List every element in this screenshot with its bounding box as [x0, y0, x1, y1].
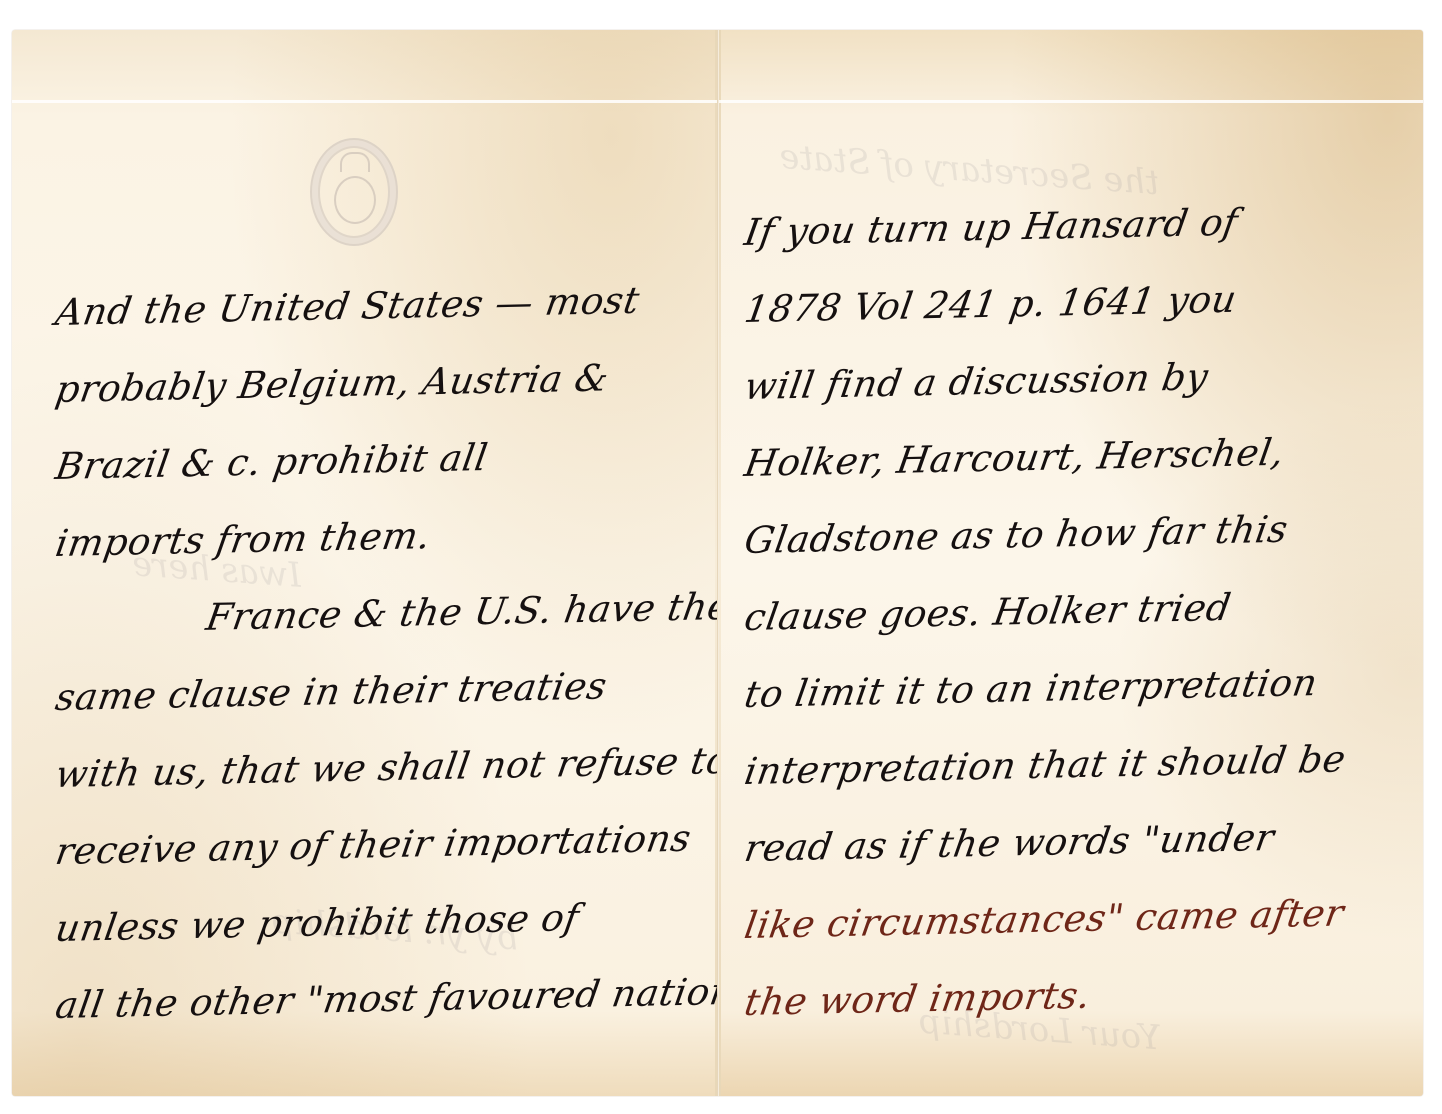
- crown-icon: [340, 152, 370, 172]
- right-page-text: If you turn up Hansard of 1878 Vol 241 p…: [745, 194, 1344, 1041]
- handwritten-line: interpretation that it should be: [739, 720, 1352, 810]
- left-page: Iwas here by yr. lordship And the United…: [12, 30, 718, 1096]
- scan-line: [719, 100, 1423, 103]
- handwritten-line: 1878 Vol 241 p. 1641 you: [739, 258, 1352, 348]
- scan-line: [12, 100, 717, 103]
- handwritten-line: Gladstone as to how far this: [739, 489, 1352, 579]
- orb-icon: [334, 176, 376, 224]
- handwritten-line-brown: the word imports.: [739, 951, 1352, 1041]
- handwritten-line: same clause in their treaties: [50, 644, 718, 736]
- handwritten-line: receive any of their importations: [50, 798, 718, 890]
- handwritten-line: And the United States — most: [50, 259, 718, 351]
- handwritten-line: imports from them.: [50, 490, 718, 582]
- handwritten-line: unless we prohibit those of: [50, 875, 718, 967]
- handwritten-line: will find a discussion by: [739, 335, 1352, 425]
- handwritten-line: France & the U.S. have the: [50, 567, 718, 659]
- center-fold: [719, 30, 721, 1096]
- handwritten-line: Holker, Harcourt, Herschel,: [739, 412, 1352, 502]
- embossed-crest-icon: [310, 138, 398, 246]
- handwritten-line: clause goes. Holker tried: [739, 566, 1352, 656]
- handwritten-line: to limit it to an interpretation: [739, 643, 1352, 733]
- right-page: the Secretary of State Your Lordship If …: [718, 30, 1423, 1096]
- handwritten-line: Brazil & c. prohibit all: [50, 413, 718, 505]
- handwritten-line: all the other "most favoured nations": [50, 952, 718, 1044]
- left-page-text: And the United States — most probably Be…: [56, 274, 718, 1044]
- handwritten-line: If you turn up Hansard of: [739, 181, 1352, 271]
- letter-sheet: Iwas here by yr. lordship And the United…: [12, 30, 1423, 1096]
- handwritten-line: probably Belgium, Austria &: [50, 336, 718, 428]
- handwritten-line: with us, that we shall not refuse to: [50, 721, 718, 813]
- handwritten-line: like circumstances" came after: [739, 874, 1352, 964]
- handwritten-line: read as if the words "under: [739, 797, 1352, 887]
